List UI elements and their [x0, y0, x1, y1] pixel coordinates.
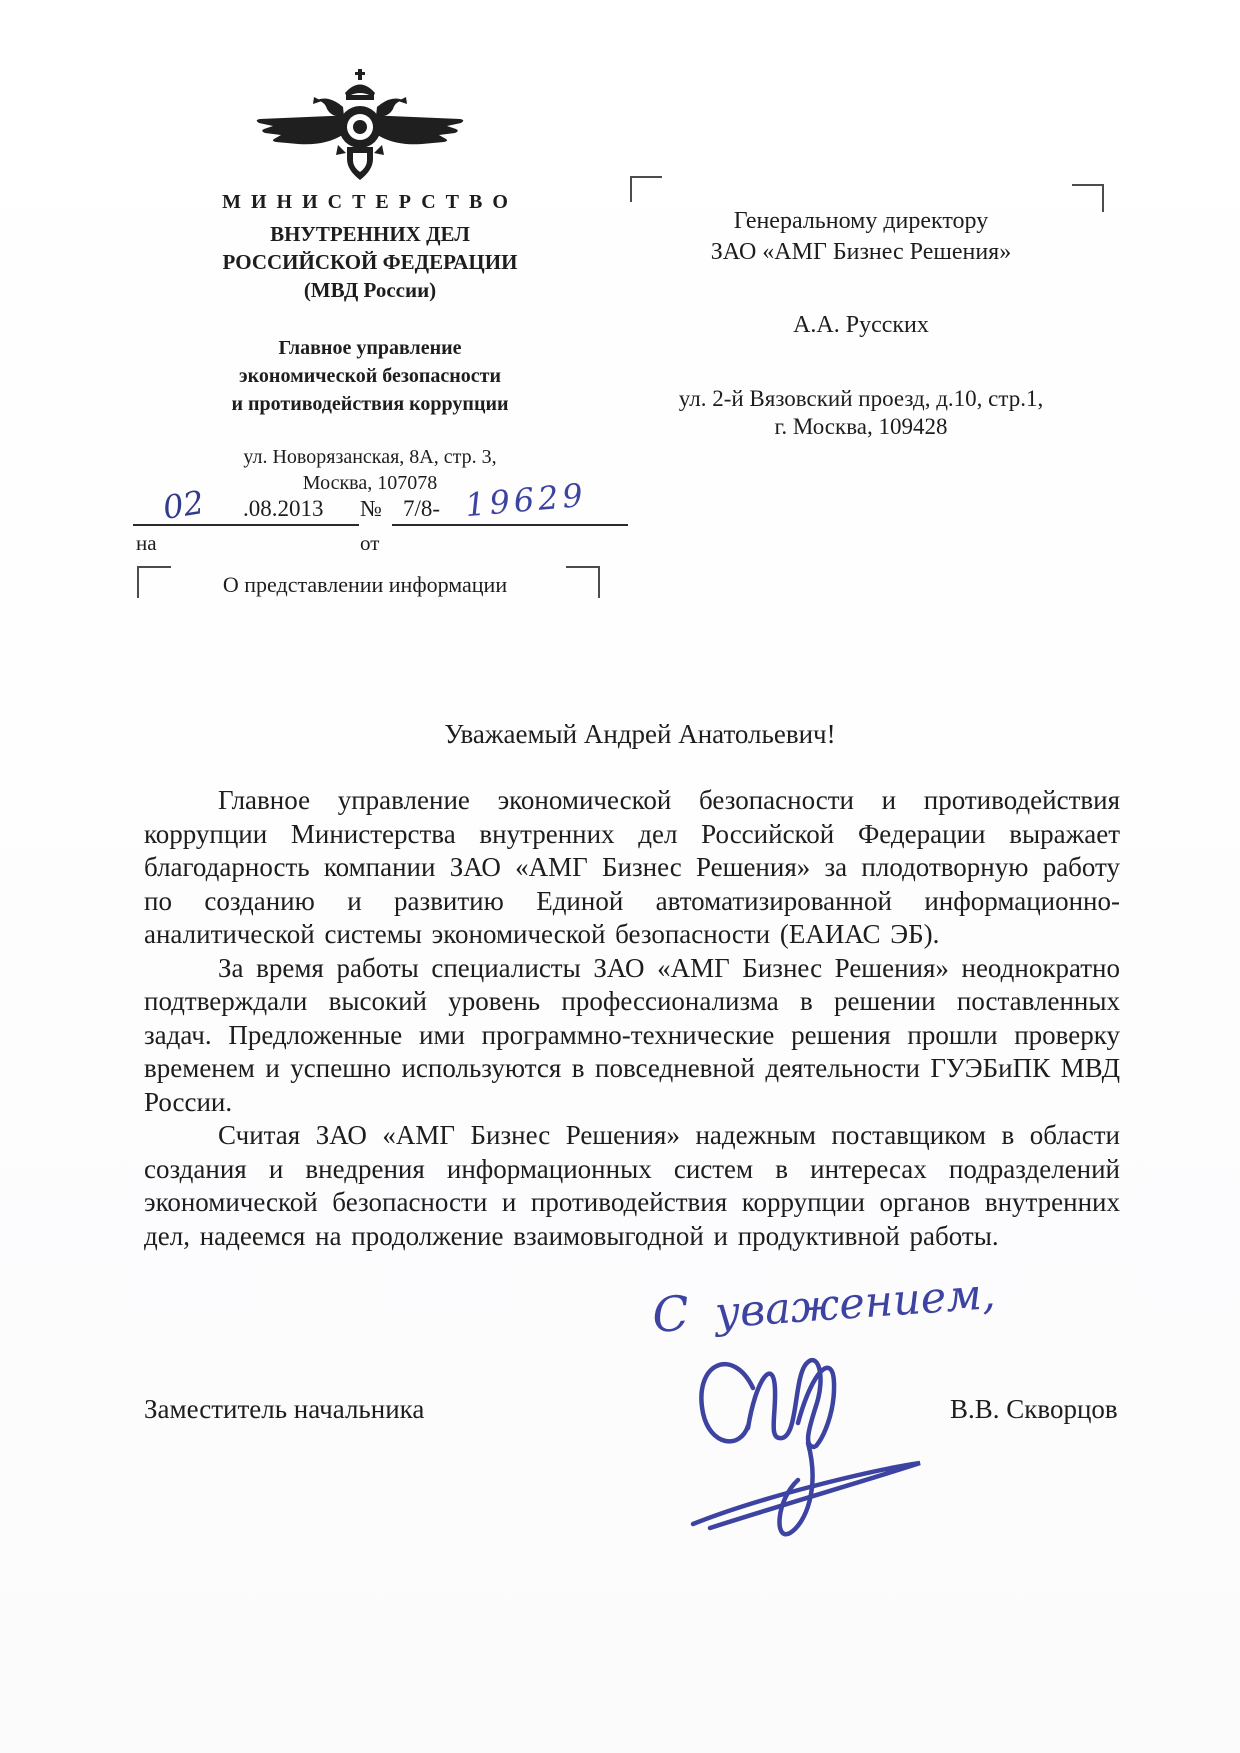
recipient-position: Генеральному директору: [645, 206, 1077, 237]
sender-address-line: ул. Новорязанская, 8А, стр. 3,: [135, 444, 605, 470]
ministry-abbr: (МВД России): [135, 276, 605, 304]
number-underline: [392, 524, 628, 526]
body-paragraph: Считая ЗАО «АМГ Бизнес Решения» надежным…: [144, 1119, 1120, 1253]
scanned-letter-page: МИНИСТЕРСТВО ВНУТРЕННИХ ДЕЛ РОССИЙСКОЙ Ф…: [0, 0, 1240, 1753]
ministry-line: РОССИЙСКОЙ ФЕДЕРАЦИИ: [135, 248, 605, 276]
from-label: от: [360, 531, 379, 556]
recipient-address-line: г. Москва, 109428: [645, 413, 1077, 441]
recipient-block: Генеральному директору ЗАО «АМГ Бизнес Р…: [645, 206, 1077, 441]
number-sign: №: [360, 496, 382, 522]
body-paragraph: За время работы специалисты ЗАО «АМГ Биз…: [144, 952, 1120, 1120]
recipient-name: А.А. Русских: [645, 312, 1077, 339]
department-line: экономической безопасности: [135, 362, 605, 390]
letterhead: МИНИСТЕРСТВО ВНУТРЕННИХ ДЕЛ РОССИЙСКОЙ Ф…: [135, 190, 605, 496]
ministry-line: ВНУТРЕННИХ ДЕЛ: [135, 220, 605, 248]
handwritten-signature-icon: [648, 1328, 958, 1568]
department-line: и противодействия коррупции: [135, 390, 605, 418]
number-prefix: 7/8-: [403, 496, 440, 522]
salutation: Уважаемый Андрей Анатольевич!: [160, 719, 1120, 750]
signer-name: В.В. Скворцов: [950, 1394, 1118, 1425]
recipient-company: ЗАО «АМГ Бизнес Решения»: [645, 237, 1077, 268]
date-underline: [133, 524, 359, 526]
letter-body: Главное управление экономической безопас…: [144, 784, 1120, 1253]
body-paragraph: Главное управление экономической безопас…: [144, 784, 1120, 952]
subject-line: О представлении информации: [150, 572, 580, 598]
printed-date: .08.2013: [243, 496, 324, 522]
mvd-double-headed-eagle-icon: [250, 68, 470, 182]
reply-to-label: на: [136, 531, 157, 556]
corner-mark-recipient-left: [630, 176, 662, 202]
signer-position: Заместитель начальника: [144, 1394, 424, 1425]
handwritten-date-day: 02: [160, 483, 206, 527]
recipient-address-line: ул. 2-й Вязовский проезд, д.10, стр.1,: [645, 385, 1077, 413]
department-line: Главное управление: [135, 334, 605, 362]
ministry-line: МИНИСТЕРСТВО: [135, 190, 605, 214]
